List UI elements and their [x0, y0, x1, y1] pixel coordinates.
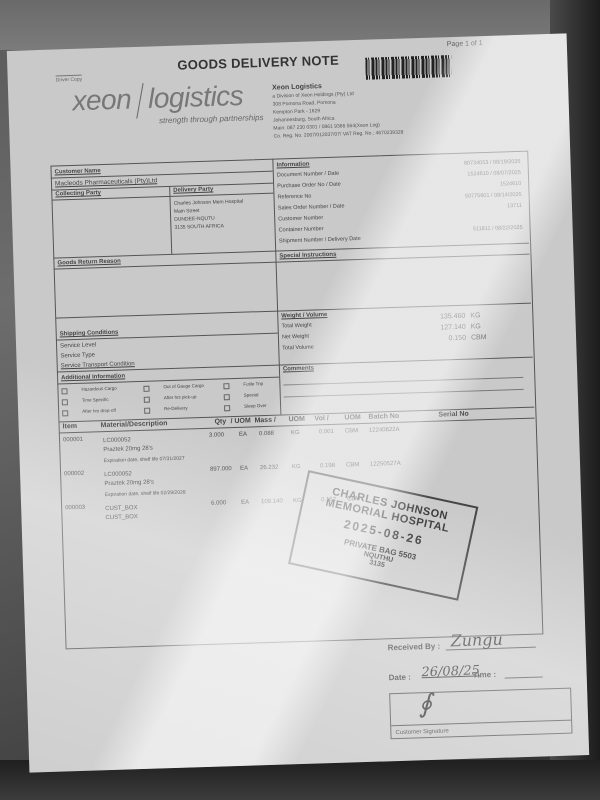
col-batch: Batch No [368, 413, 399, 421]
table-cell-qty: 6.000 [211, 500, 226, 506]
checkbox-label: Special [244, 392, 259, 397]
service-level-label: Service Level [60, 342, 96, 349]
col-vol: Vol / [314, 415, 328, 422]
checkbox[interactable] [144, 397, 150, 403]
table-cell-material: LC000052 [104, 471, 132, 478]
barcode-icon [365, 55, 452, 80]
col-mass-uom: UOM [288, 416, 305, 424]
checkbox-label: Time Specific [82, 397, 109, 403]
table-cell-mass: 109.140 [261, 499, 283, 506]
weight-unit: KG [470, 312, 480, 319]
table-cell-vol-uom: CBM [346, 462, 360, 468]
table-cell-qty: 3.000 [209, 432, 224, 438]
table-cell-batch: 12240822A [369, 427, 400, 434]
table-cell-mass-uom: KG [291, 430, 300, 436]
checkbox[interactable] [144, 408, 150, 414]
checkbox[interactable] [61, 388, 67, 394]
table-cell-mass-uom: KG [292, 464, 301, 470]
received-by-label: Received By : [388, 642, 441, 653]
table-cell-uom: EA [239, 432, 247, 438]
delivery-address: Charles Johnson Mem Hospital Main Street… [174, 198, 244, 232]
table-cell-vol: 0.001 [319, 429, 334, 435]
weight-label: Total Volume [282, 344, 314, 351]
logo-part2: logistics [148, 80, 244, 114]
col-mass: Mass / [254, 417, 276, 425]
table-cell-qty: 897.000 [210, 466, 232, 473]
table-cell-description: CUST_BOX [105, 514, 138, 521]
info-label: Reference No [277, 193, 311, 200]
checkbox[interactable] [62, 410, 68, 416]
table-cell-item: 000003 [65, 505, 85, 512]
table-cell-uom: EA [241, 500, 249, 506]
date-handwriting: 26/08/25 [421, 663, 480, 680]
checkbox-label: After hrs pick-up [164, 394, 197, 400]
page-number: Page 1 of 1 [447, 40, 483, 48]
customer-signature-box: ∮ Customer Signature [389, 688, 572, 740]
date-label: Date : [389, 673, 412, 683]
checkbox[interactable] [224, 394, 230, 400]
col-vol-uom: UOM [344, 414, 361, 422]
weight-label: Net Weight [282, 334, 309, 341]
col-serial: Serial No [438, 411, 469, 419]
company-address: Xeon Logistics a Division of Xeon Holdin… [272, 81, 404, 141]
checkbox-label: Futile Trip [243, 381, 263, 387]
logo-part1: xeon [72, 83, 132, 116]
col-uom: / UOM [230, 417, 250, 425]
delivery-party-label: Delivery Party [173, 187, 213, 194]
weight-unit: KG [471, 323, 481, 330]
table-cell-mass: 0.088 [259, 431, 274, 437]
table-cell-vol-uom: CBM [345, 428, 359, 434]
col-item: Item [63, 423, 78, 430]
logo-tagline: strength through partnerships [159, 113, 264, 125]
table-cell-vol: 0.198 [320, 463, 335, 469]
comments-heading: Comments [283, 365, 314, 372]
table-cell-uom: EA [240, 466, 248, 472]
table-cell-batch: 12250527A [370, 461, 401, 468]
checkbox[interactable] [224, 405, 230, 411]
weight-label: Total Weight [281, 323, 311, 330]
checkbox-label: Sleep Over [244, 403, 267, 409]
checkbox-label: Re-Delivery [164, 405, 188, 411]
received-by-handwriting: Zungu [450, 630, 503, 651]
signature-scrawl-icon: ∮ [418, 689, 432, 719]
time-label: Time : [472, 670, 496, 680]
weight-unit: CBM [471, 334, 487, 341]
checkbox-label: After hrs drop-off [82, 408, 116, 414]
col-qty: Qty [214, 418, 226, 425]
document-title: GOODS DELIVERY NOTE [177, 53, 339, 73]
table-cell-material: LC000052 [103, 437, 131, 444]
form-frame [50, 151, 543, 650]
table-cell-mass: 26.232 [260, 465, 279, 472]
service-type-label: Service Type [60, 352, 95, 359]
delivery-note-paper: Page 1 of 1 GOODS DELIVERY NOTE Driver C… [7, 33, 589, 772]
logo-divider [136, 83, 143, 119]
time-line [505, 676, 543, 678]
checkbox[interactable] [143, 386, 149, 392]
information-heading: Information [276, 162, 309, 169]
table-cell-item: 000002 [64, 471, 84, 478]
copy-label: Driver Copy [56, 75, 83, 84]
table-cell-material: CUST_BOX [105, 505, 138, 512]
checkbox[interactable] [223, 383, 229, 389]
table-cell-item: 000001 [63, 437, 83, 444]
checkbox[interactable] [62, 399, 68, 405]
